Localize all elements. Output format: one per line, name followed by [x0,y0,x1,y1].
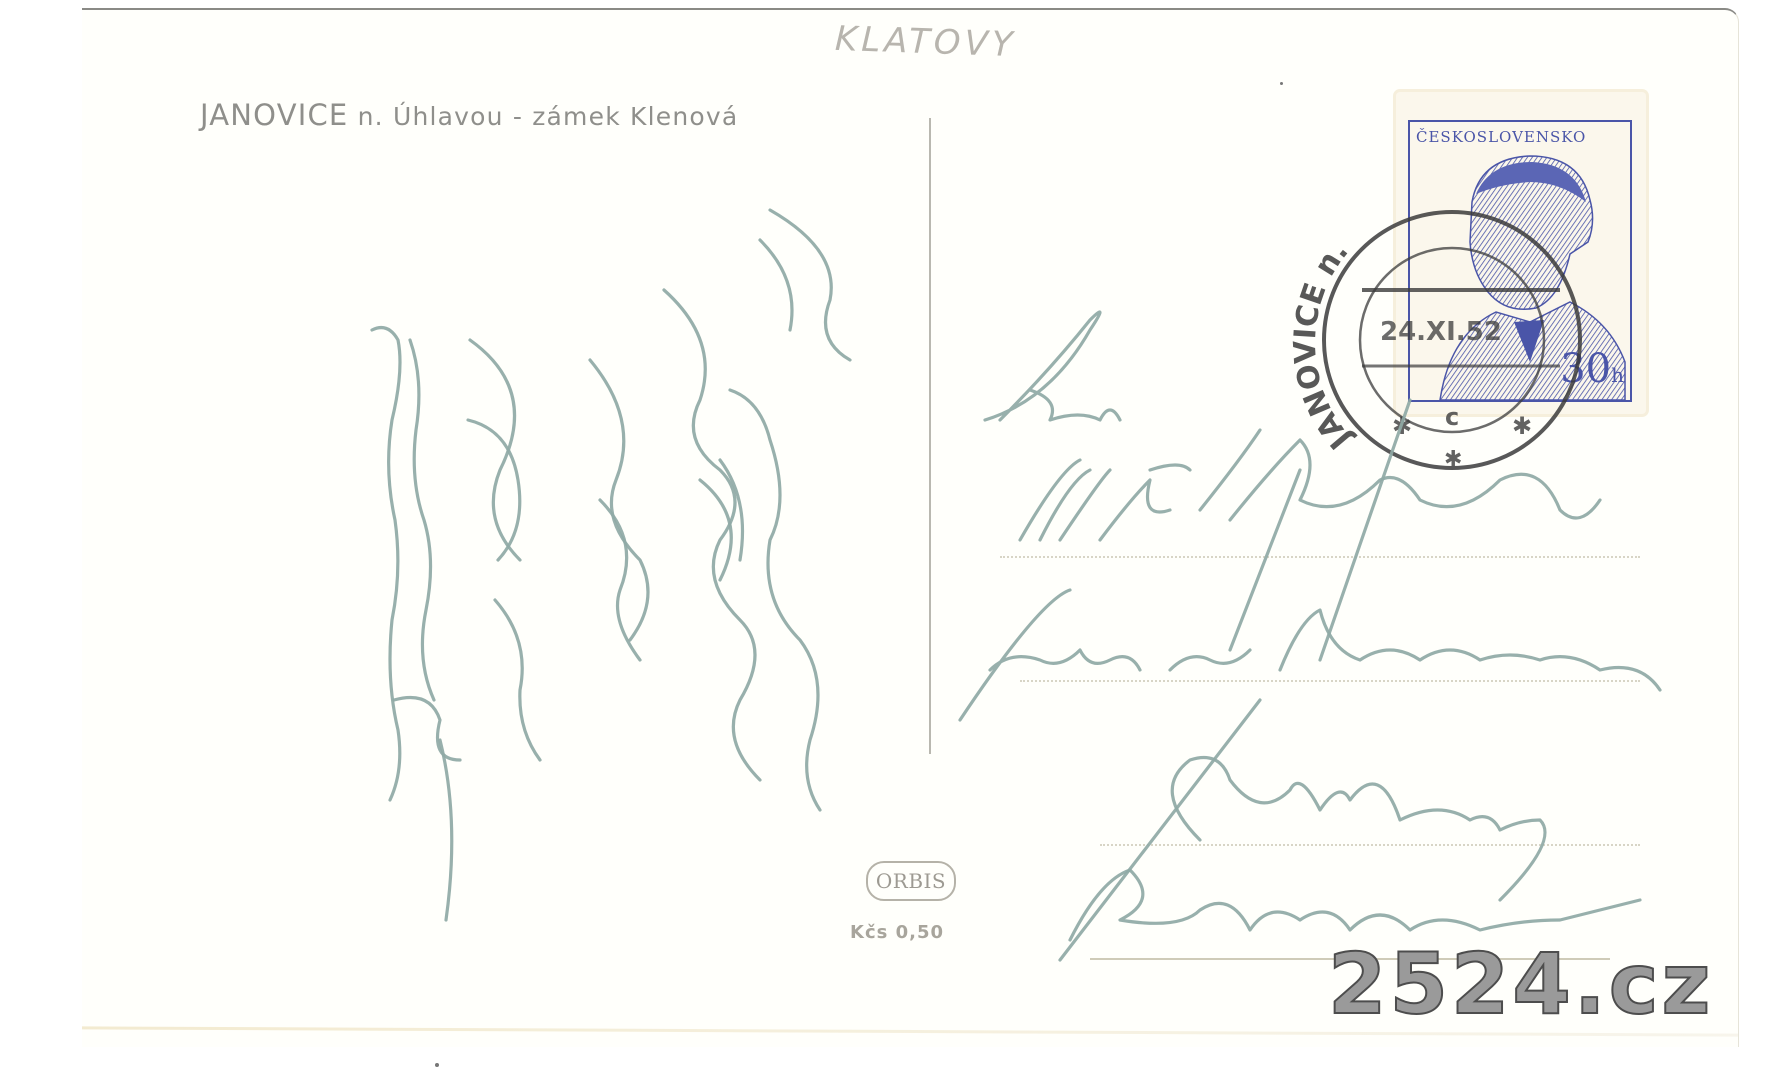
ink-speck [435,1063,439,1067]
pencil-note: KLATOVY [834,19,1017,65]
caption-place: JANOVICE [200,98,348,132]
address-line-3 [1100,844,1640,846]
postcard-caption: JANOVICE n. Úhlavou - zámek Klenová [200,98,738,132]
ink-speck [1280,82,1283,85]
postage-stamp: ČESKOSLOVENSKO 30h [1396,92,1646,414]
price-label: Kčs 0,50 [850,922,944,943]
caption-rest: n. Úhlavou - zámek Klenová [348,102,738,131]
stamp-value: 30h [1560,346,1624,392]
address-line-1 [1000,556,1640,558]
stamp-frame: ČESKOSLOVENSKO 30h [1408,120,1632,402]
publisher-logo: ORBIS [866,861,956,901]
message-address-divider [929,118,931,754]
address-line-2 [1020,680,1640,682]
watermark: 2524.cz [1328,935,1713,1033]
